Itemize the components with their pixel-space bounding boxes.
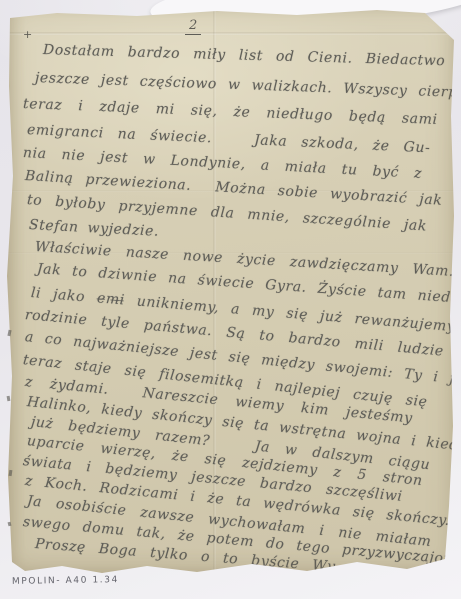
letter-line: Stefan wyjedzie.	[29, 217, 160, 240]
letter-line: teraz i zdaje mi się, że niedługo będą s…	[23, 96, 438, 128]
page-number: 2	[185, 18, 201, 35]
torn-edge-speck	[8, 522, 12, 527]
fold-crease-top	[7, 32, 455, 35]
letter-line: jeszcze jest częściowo w walizkach. Wszy…	[35, 70, 461, 101]
annotation-plus-mark: +	[23, 28, 32, 41]
scanned-letter-page: 2 + Dostałam bardzo miły list od Cieni. …	[0, 0, 461, 599]
archive-reference-label: MPOLIN- A40 1.34	[12, 575, 119, 587]
letter-line: Dostałam bardzo miły list od Cieni. Bied…	[43, 42, 446, 69]
torn-edge-speck	[7, 396, 11, 401]
letter-paper: 2 + Dostałam bardzo miły list od Cieni. …	[7, 6, 455, 578]
